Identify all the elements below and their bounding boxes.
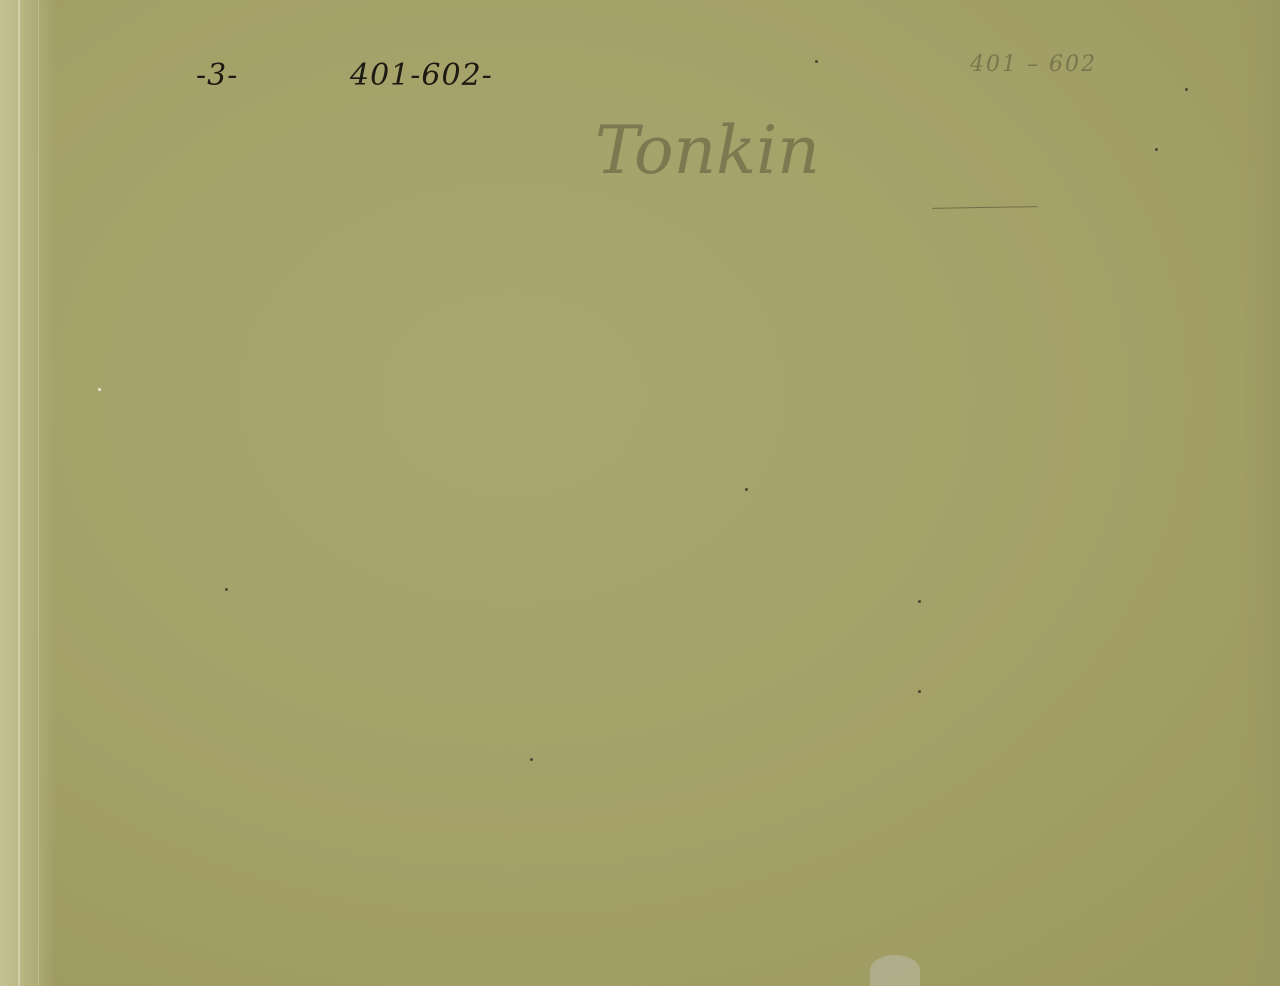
folder-cover: -3- 401-602- 401 – 602 Tonkin (0, 0, 1280, 986)
record-range: 401-602- (350, 58, 493, 93)
paper-speck (530, 758, 533, 761)
paper-speck (745, 488, 748, 491)
paper-speck (815, 60, 818, 63)
pencil-record-range: 401 – 602 (970, 52, 1097, 77)
pencil-underline (932, 206, 1037, 209)
paper-speck (918, 600, 921, 603)
volume-number: -3- (196, 58, 238, 93)
paper-speck (1155, 148, 1158, 151)
spine-crease-secondary (38, 0, 39, 986)
paper-speck (225, 588, 228, 591)
folder-right-edge (1240, 0, 1280, 986)
paper-stain (870, 955, 920, 986)
paper-speck (1185, 88, 1188, 91)
pencil-place-name: Tonkin (595, 112, 820, 189)
paper-speck (918, 690, 921, 693)
spine-crease (18, 0, 20, 986)
paper-speck (98, 388, 101, 391)
folder-spine (0, 0, 55, 986)
